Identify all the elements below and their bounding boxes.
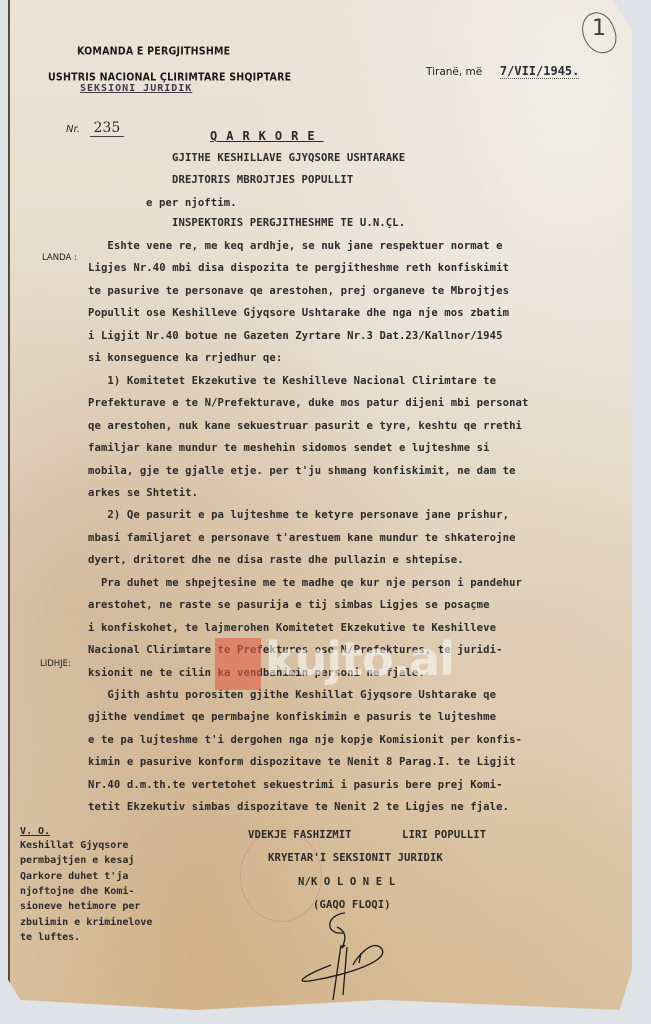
signer-rank: N/K O L O N E L [298, 876, 395, 888]
margin-label-lidhje: LIDHJE: [40, 659, 71, 669]
addressee-1: GJITHE KESHILLAVE GJYQSORE USHTARAKE [172, 152, 405, 164]
body-line: tetit Ekzekutiv simbas dispozitave te Ne… [88, 801, 509, 813]
reference-number: Nr. 235 [66, 117, 124, 136]
nr-label: Nr. [66, 124, 80, 135]
body-line: e te pa lujteshme t'i dergohen nga nje k… [88, 734, 522, 746]
body-line: Popullit ose Keshilleve Gjyqsore Ushtara… [88, 307, 509, 319]
place-label: Tiranë, më [426, 66, 482, 78]
body-line: Eshte vene re, me keq ardhje, se nuk jan… [88, 240, 503, 252]
note-line: Qarkore duhet t'ja [20, 871, 128, 882]
body-line: qe arestohen, nuk kane sekuestruar pasur… [88, 420, 522, 432]
body-line: 2) Qe pasurit e pa lujteshme te ketyre p… [88, 509, 509, 521]
body-line: mobila, gje te gjalle etje. per t'ju shm… [88, 465, 516, 477]
body-line: Pra duhet me shpejtesine me te madhe qe … [88, 577, 522, 589]
watermark-text: kujto.al [265, 632, 454, 686]
folio-number: 1 [592, 16, 606, 41]
body-line: arkes se Shtetit. [88, 487, 198, 499]
body-line: Prefekturave e te N/Prefekturave, duke m… [88, 397, 529, 409]
section-name: SEKSIONI JURIDIK [80, 83, 192, 94]
org-line-2: USHTRIS NACIONAL ÇLIRIMTARE SHQIPTARE [48, 71, 291, 84]
watermark-logo [215, 638, 261, 690]
signer-role: KRYETAR'I SEKSIONIT JURIDIK [268, 852, 443, 864]
margin-label-landa: LANDA : [42, 253, 77, 263]
place-date: Tiranë, më 7/VII/1945. [426, 60, 579, 79]
document-title: QARKORE [210, 129, 324, 143]
body-line: kimin e pasurive konform dispozitave te … [88, 756, 516, 768]
slogan-left: VDEKJE FASHIZMIT [248, 829, 352, 841]
body-line: i Ligjit Nr.40 botue ne Gazeten Zyrtare … [88, 330, 503, 342]
note-line: permbajtjen e kesaj [20, 855, 134, 866]
body-line: Nr.40 d.m.th.te vertetohet sekuestrimi i… [88, 779, 503, 791]
addressee-2: DREJTORIS MBROJTJES POPULLIT [172, 174, 353, 186]
body-line: si konseguence ka rrjedhur qe: [88, 352, 282, 364]
handwritten-signature [285, 905, 395, 1015]
note-line: sioneve hetimore per [20, 901, 140, 912]
addressee-note: e per njoftim. [146, 197, 237, 209]
note-line: njoftojne dhe Komi- [20, 886, 134, 897]
body-line: arestohet, ne raste se pasurija e tij si… [88, 599, 490, 611]
slogan-right: LIRI POPULLIT [402, 829, 486, 841]
body-line: 1) Komitetet Ekzekutive te Keshilleve Na… [88, 375, 496, 387]
note-line: Keshillat Gjyqsore [20, 840, 128, 851]
addressee-3: INSPEKTORIS PERGJITHESHME TE U.N.ÇL. [172, 217, 405, 229]
note-heading: V. O. [20, 826, 50, 837]
body-line: gjithe vendimet qe permbajne konfiskimin… [88, 711, 496, 723]
body-line: te pasurive te personave qe arestohen, p… [88, 285, 509, 297]
note-line: te luftes. [20, 932, 80, 943]
body-line: dyert, dritoret dhe ne disa raste dhe pu… [88, 554, 464, 566]
note-line: zbulimin e kriminelove [20, 917, 152, 928]
body-line: Gjith ashtu porositen gjithe Keshillat G… [88, 689, 496, 701]
body-line: Ligjes Nr.40 mbi disa dispozita te pergj… [88, 262, 509, 274]
body-line: mbasi familjaret e personave t'arestuem … [88, 532, 516, 544]
nr-value: 235 [90, 120, 125, 137]
org-line-1: KOMANDA E PERGJITHSHME [77, 45, 230, 58]
body-line: familjar kane mundur te meshehin sidomos… [88, 442, 490, 454]
document-date: 7/VII/1945. [500, 64, 579, 79]
